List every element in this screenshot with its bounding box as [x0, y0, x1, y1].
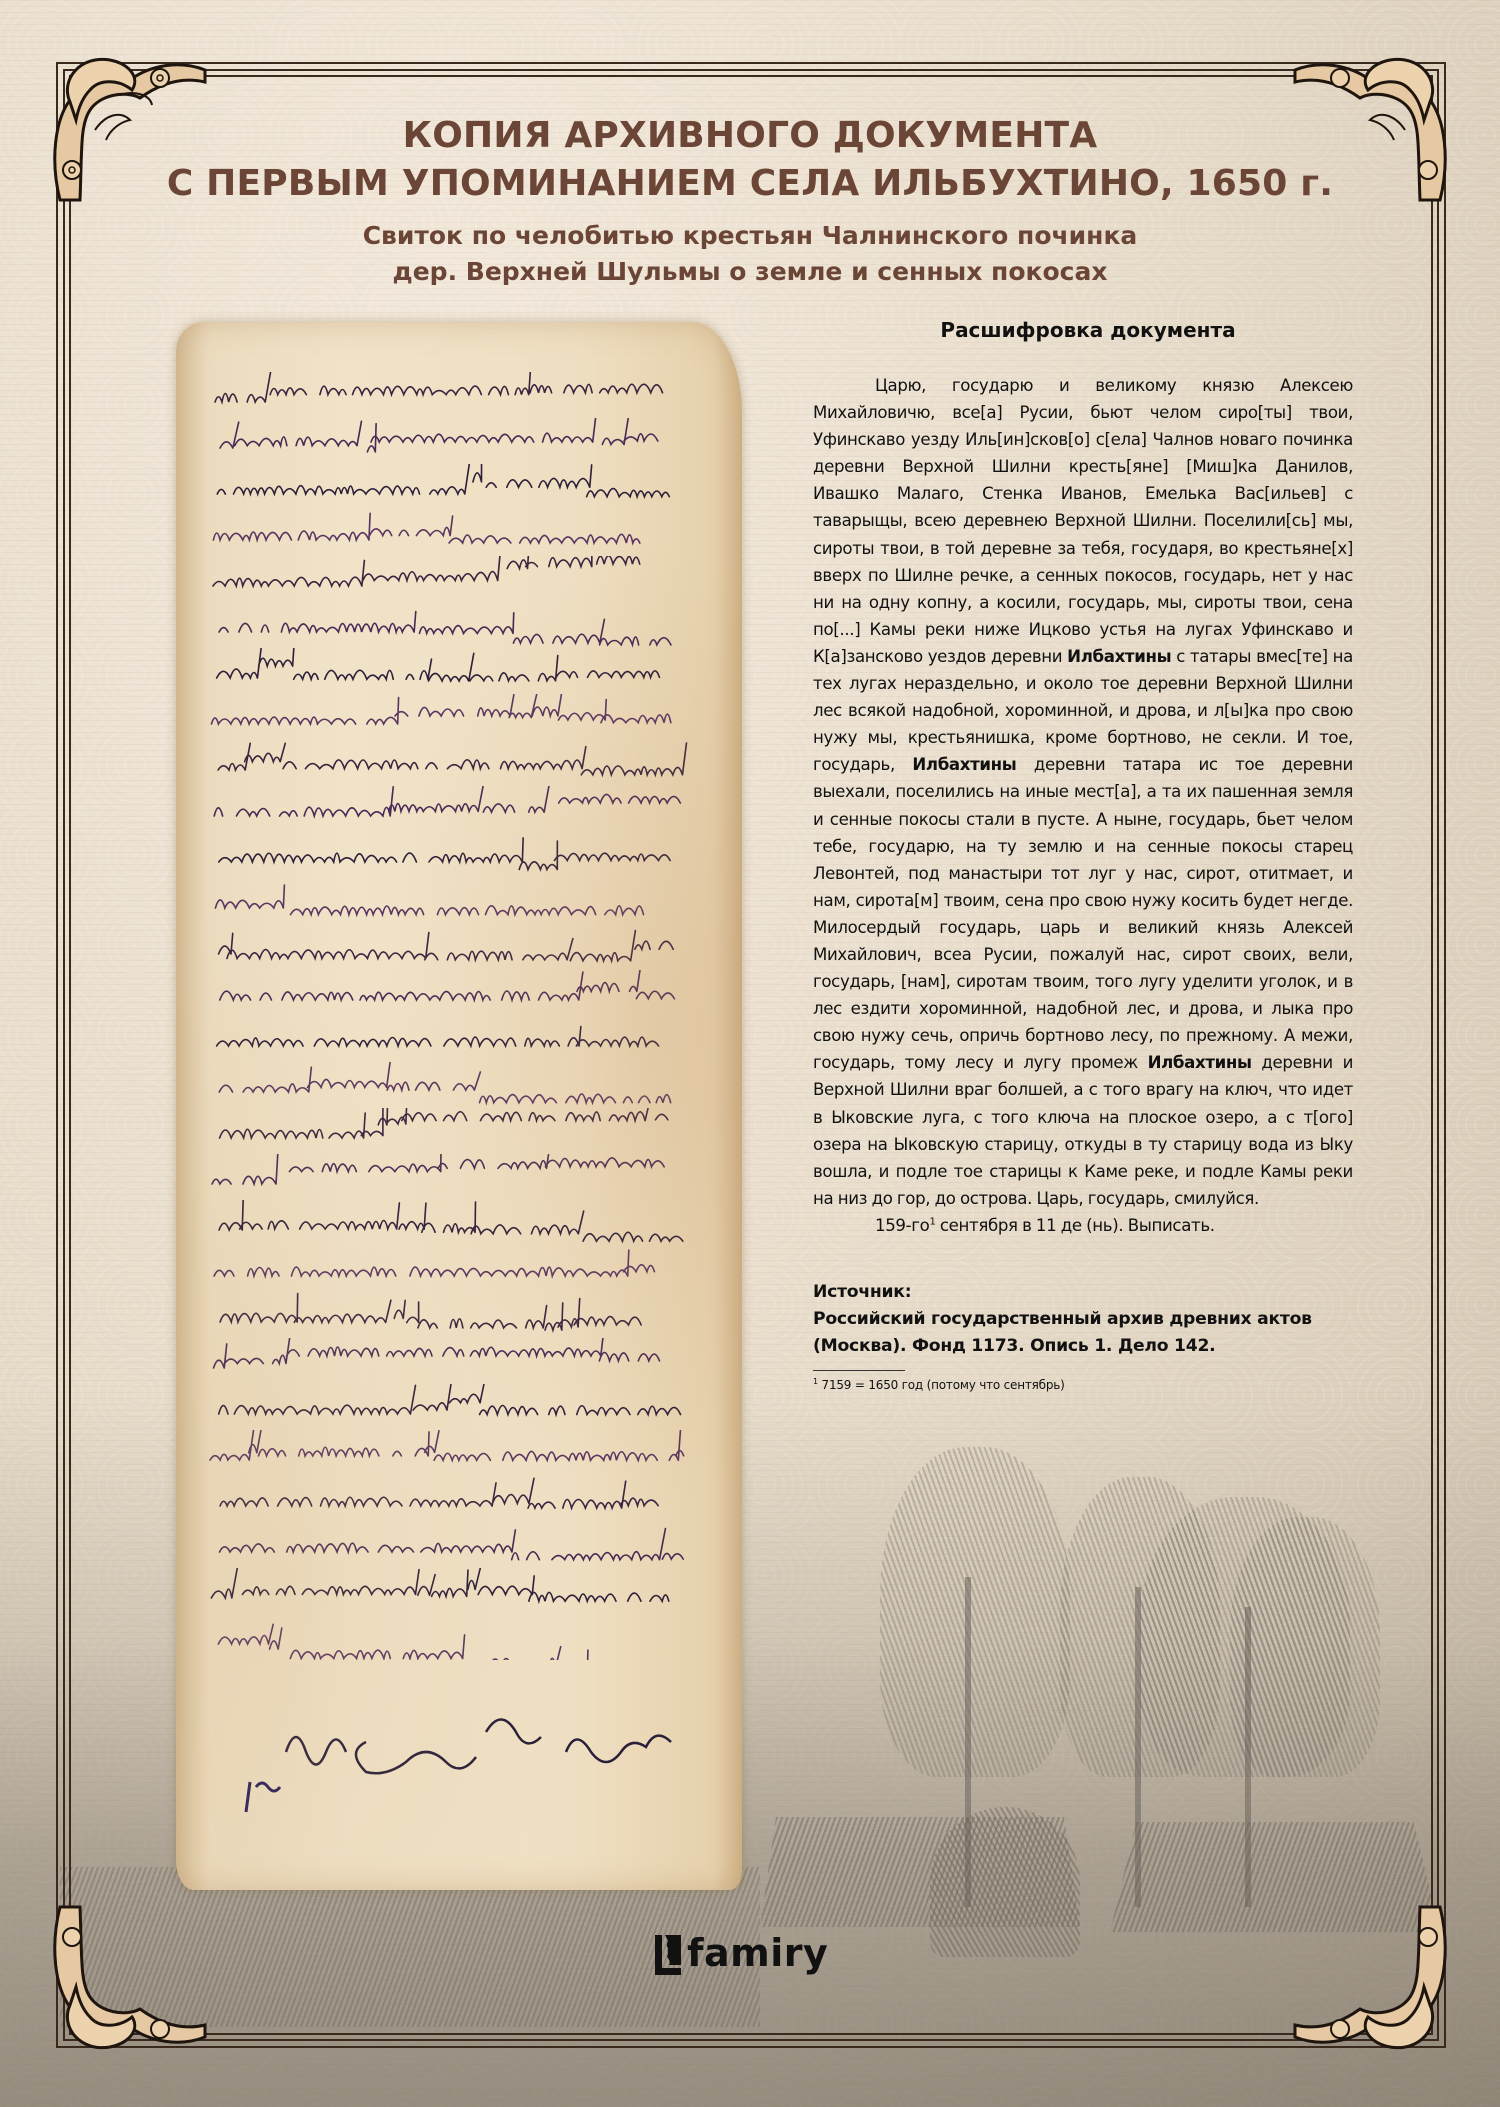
handwriting-line: [206, 1016, 712, 1062]
handwriting-line: [206, 1154, 712, 1200]
handwriting-line: [206, 1476, 712, 1522]
subtitle-line-2: дер. Верхней Шульмы о земле и сенных пок…: [0, 254, 1500, 290]
handwriting-line: [206, 924, 712, 970]
date-line: 159-го1 сентября в 11 де (нь). Выписать.: [813, 1212, 1353, 1239]
transcription-text: деревни и Верхной Шилни враг болшей, а с…: [813, 1053, 1353, 1207]
handwriting-line: [206, 418, 712, 464]
transcription-panel: Расшифровка документа Царю, государю и в…: [813, 318, 1353, 1392]
footnote-text: 7159 = 1650 год (потому что сентябрь): [818, 1378, 1065, 1392]
title-line-2: С ПЕРВЫМ УПОМИНАНИЕМ СЕЛА ИЛЬБУХТИНО, 16…: [0, 160, 1500, 208]
source-label: Источник:: [813, 1279, 1353, 1306]
manuscript-signature: [236, 1712, 696, 1822]
handwriting-lines: [206, 372, 712, 1660]
handwriting-line: [206, 1200, 712, 1246]
handwriting-line: [206, 786, 712, 832]
handwriting-line: [206, 740, 712, 786]
handwriting-line: [206, 510, 712, 556]
page-subtitle: Свиток по челобитью крестьян Чалнинского…: [0, 218, 1500, 290]
handwriting-line: [206, 1384, 712, 1430]
date-line-suffix: сентября в 11 де (нь). Выписать.: [935, 1216, 1214, 1235]
famiry-logo-text: famiry: [687, 1933, 828, 1973]
village-name-highlight: Илбахтины: [912, 755, 1016, 774]
transcription-paragraph: Царю, государю и великому князю Алексею …: [813, 372, 1353, 1212]
source-text: Российский государственный архив древних…: [813, 1306, 1353, 1360]
handwriting-line: [206, 372, 712, 418]
footnote-divider: [813, 1370, 905, 1371]
corner-ornament-icon: [40, 1897, 210, 2067]
village-name-highlight: Илбахтины: [1067, 647, 1171, 666]
source-block: Источник: Российский государственный арх…: [813, 1279, 1353, 1360]
handwriting-line: [206, 1292, 712, 1338]
famiry-logo-icon: [655, 1935, 681, 1975]
footnote: 1 7159 = 1650 год (потому что сентябрь): [813, 1377, 1353, 1392]
transcription-text: деревни татара ис тое деревни выехали, п…: [813, 755, 1353, 1072]
handwriting-line: [206, 694, 712, 740]
handwriting-line: [206, 648, 712, 694]
handwriting-line: [206, 1338, 712, 1384]
handwriting-line: [206, 464, 712, 510]
date-line-prefix: 159-го: [875, 1216, 929, 1235]
famiry-logo[interactable]: famiry: [655, 1935, 828, 1975]
handwriting-line: [206, 556, 712, 602]
handwriting-line: [206, 1108, 712, 1154]
corner-ornament-icon: [1290, 1897, 1460, 2067]
handwriting-line: [206, 1614, 712, 1660]
handwriting-line: [206, 1568, 712, 1614]
handwriting-line: [206, 970, 712, 1016]
title-line-1: КОПИЯ АРХИВНОГО ДОКУМЕНТА: [0, 112, 1500, 160]
village-name-highlight: Илбахтины: [1148, 1053, 1252, 1072]
manuscript-scroll-image: [176, 322, 742, 1890]
handwriting-line: [206, 1430, 712, 1476]
handwriting-line: [206, 878, 712, 924]
handwriting-line: [206, 1522, 712, 1568]
transcription-text: Царю, государю и великому князю Алексею …: [813, 376, 1353, 666]
handwriting-line: [206, 602, 712, 648]
handwriting-line: [206, 832, 712, 878]
handwriting-line: [206, 1246, 712, 1292]
transcription-body: Царю, государю и великому князю Алексею …: [813, 372, 1353, 1239]
subtitle-line-1: Свиток по челобитью крестьян Чалнинского…: [0, 218, 1500, 254]
page-title: КОПИЯ АРХИВНОГО ДОКУМЕНТА С ПЕРВЫМ УПОМИ…: [0, 112, 1500, 208]
handwriting-line: [206, 1062, 712, 1108]
transcription-heading: Расшифровка документа: [823, 318, 1353, 342]
